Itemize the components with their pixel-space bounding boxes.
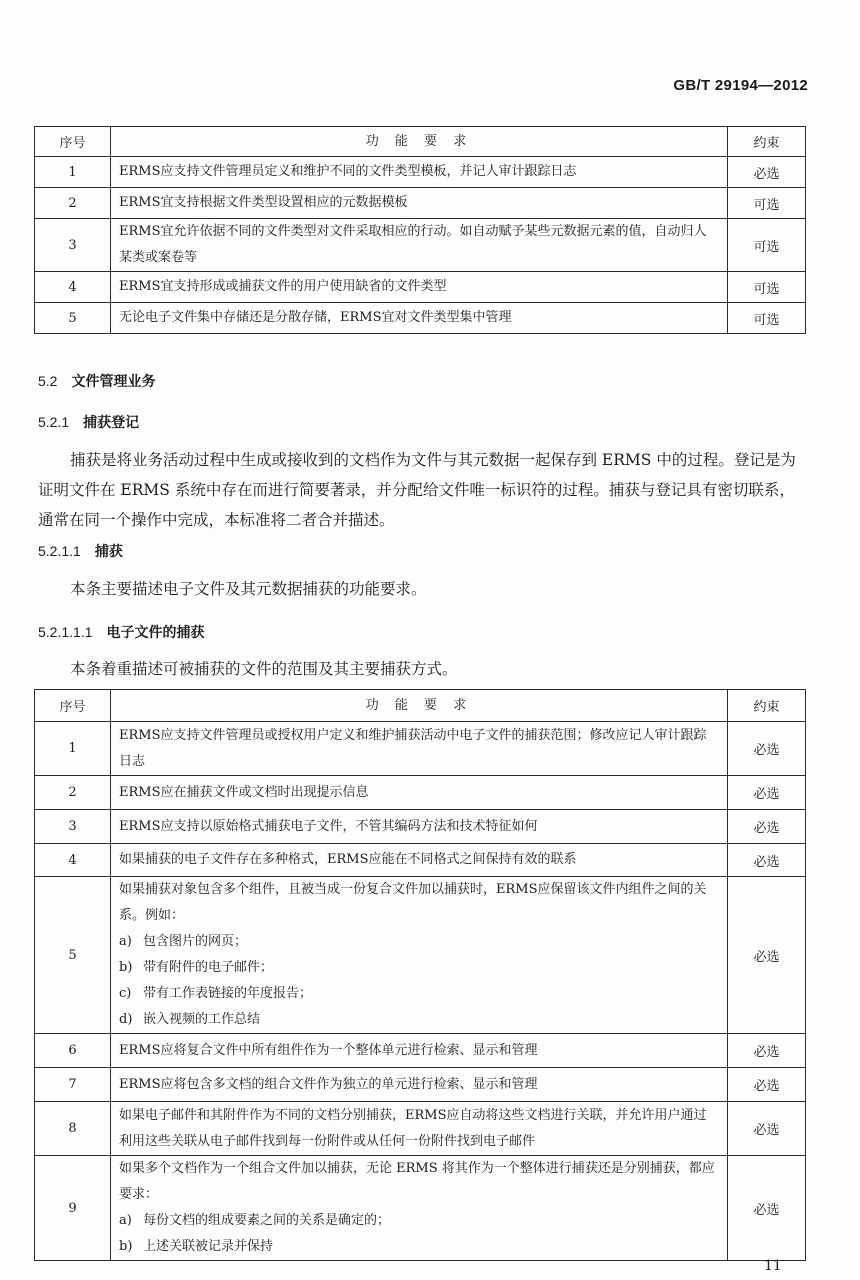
row-number: 2 <box>35 188 111 219</box>
list-item: a)包含图片的网页； <box>119 929 719 955</box>
requirement-text: 如果多个文档作为一个组合文件加以捕获，无论 ERMS 将其作为一个整体进行捕获还… <box>119 1161 715 1202</box>
row-number: 8 <box>35 1102 111 1156</box>
row-constraint: 必选 <box>728 157 806 188</box>
list-text: 上述关联被记录并保持 <box>143 1239 273 1254</box>
row-requirement: 如果捕获的电子文件存在多种格式，ERMS应能在不同格式之间保持有效的联系 <box>111 844 728 877</box>
list-label: b) <box>119 1234 143 1260</box>
section-number: 5.2 <box>38 373 57 389</box>
table-row: 4 如果捕获的电子文件存在多种格式，ERMS应能在不同格式之间保持有效的联系 必… <box>35 844 806 877</box>
row-requirement: ERMS应支持文件管理员定义和维护不同的文件类型模板，并记人审计跟踪日志 <box>111 157 728 188</box>
row-requirement: ERMS应将复合文件中所有组件作为一个整体单元进行检索、显示和管理 <box>111 1034 728 1068</box>
row-number: 9 <box>35 1156 111 1261</box>
list-text: 嵌入视频的工作总结 <box>143 1012 260 1027</box>
row-requirement: ERMS应支持以原始格式捕获电子文件，不管其编码方法和技术特征如何 <box>111 810 728 844</box>
list-label: d) <box>119 1007 143 1033</box>
section-title: 捕获登记 <box>83 415 139 431</box>
row-number: 5 <box>35 877 111 1034</box>
row-requirement: 无论电子文件集中存储还是分散存储，ERMS宜对文件类型集中管理 <box>111 303 728 334</box>
row-constraint: 必选 <box>728 1102 806 1156</box>
list-label: b) <box>119 955 143 981</box>
column-header-constraint: 约束 <box>728 690 806 722</box>
row-number: 5 <box>35 303 111 334</box>
section-title: 捕获 <box>95 544 123 560</box>
paragraph-capture-intro: 本条主要描述电子文件及其元数据捕获的功能要求。 <box>38 574 808 604</box>
row-constraint: 必选 <box>728 1156 806 1261</box>
row-requirement: 如果多个文档作为一个组合文件加以捕获，无论 ERMS 将其作为一个整体进行捕获还… <box>111 1156 728 1261</box>
row-requirement: 如果捕获对象包含多个组件，且被当成一份复合文件加以捕获时，ERMS应保留该文件内… <box>111 877 728 1034</box>
row-constraint: 必选 <box>728 776 806 810</box>
list-text: 每份文档的组成要素之间的关系是确定的； <box>143 1213 390 1228</box>
section-title: 文件管理业务 <box>71 374 155 390</box>
row-constraint: 必选 <box>728 1068 806 1102</box>
row-constraint: 可选 <box>728 219 806 272</box>
row-number: 7 <box>35 1068 111 1102</box>
paragraph-electronic-capture-intro: 本条着重描述可被捕获的文件的范围及其主要捕获方式。 <box>38 654 808 684</box>
row-constraint: 可选 <box>728 272 806 303</box>
row-number: 6 <box>35 1034 111 1068</box>
row-number: 3 <box>35 810 111 844</box>
table-row: 5 如果捕获对象包含多个组件，且被当成一份复合文件加以捕获时，ERMS应保留该文… <box>35 877 806 1034</box>
list-text: 包含图片的网页； <box>143 934 247 949</box>
list-text: 带有工作表链接的年度报告； <box>143 986 312 1001</box>
section-number: 5.2.1.1 <box>38 543 81 559</box>
row-requirement: ERMS应在捕获文件或文档时出现提示信息 <box>111 776 728 810</box>
section-heading-5-2-1-1: 5.2.1.1捕获 <box>38 541 123 561</box>
list-label: a) <box>119 1208 143 1234</box>
page-number: 11 <box>764 1258 782 1274</box>
row-number: 3 <box>35 219 111 272</box>
list-item: b)上述关联被记录并保持 <box>119 1234 719 1260</box>
row-number: 4 <box>35 272 111 303</box>
list-item: c)带有工作表链接的年度报告； <box>119 981 719 1007</box>
row-constraint: 必选 <box>728 722 806 776</box>
requirement-text: 如果捕获对象包含多个组件，且被当成一份复合文件加以捕获时，ERMS应保留该文件内… <box>119 882 707 923</box>
table-row: 4 ERMS宜支持形成或捕获文件的用户使用缺省的文件类型 可选 <box>35 272 806 303</box>
requirements-table-electronic-capture: 序号 功 能 要 求 约束 1 ERMS应支持文件管理员或授权用户定义和维护捕获… <box>34 689 806 1261</box>
row-requirement: 如果电子邮件和其附件作为不同的文档分别捕获，ERMS应自动将这些文档进行关联，并… <box>111 1102 728 1156</box>
row-number: 2 <box>35 776 111 810</box>
row-number: 4 <box>35 844 111 877</box>
table-row: 7 ERMS应将包含多文档的组合文件作为独立的单元进行检索、显示和管理 必选 <box>35 1068 806 1102</box>
column-header-no: 序号 <box>35 127 111 157</box>
row-requirement: ERMS宜允许依据不同的文件类型对文件采取相应的行动。如自动赋予某些元数据元素的… <box>111 219 728 272</box>
row-constraint: 必选 <box>728 877 806 1034</box>
section-number: 5.2.1 <box>38 414 69 430</box>
table-row: 3 ERMS宜允许依据不同的文件类型对文件采取相应的行动。如自动赋予某些元数据元… <box>35 219 806 272</box>
table-row: 5 无论电子文件集中存储还是分散存储，ERMS宜对文件类型集中管理 可选 <box>35 303 806 334</box>
row-number: 1 <box>35 157 111 188</box>
table-header-row: 序号 功 能 要 求 约束 <box>35 127 806 157</box>
row-number: 1 <box>35 722 111 776</box>
list-label: c) <box>119 981 143 1007</box>
table-row: 8 如果电子邮件和其附件作为不同的文档分别捕获，ERMS应自动将这些文档进行关联… <box>35 1102 806 1156</box>
table-row: 6 ERMS应将复合文件中所有组件作为一个整体单元进行检索、显示和管理 必选 <box>35 1034 806 1068</box>
table-row: 9 如果多个文档作为一个组合文件加以捕获，无论 ERMS 将其作为一个整体进行捕… <box>35 1156 806 1261</box>
column-header-no: 序号 <box>35 690 111 722</box>
standard-code: GB/T 29194—2012 <box>673 77 808 94</box>
table-row: 1 ERMS应支持文件管理员或授权用户定义和维护捕获活动中电子文件的捕获范围；修… <box>35 722 806 776</box>
section-heading-5-2-1-1-1: 5.2.1.1.1电子文件的捕获 <box>38 622 205 642</box>
table-row: 1 ERMS应支持文件管理员定义和维护不同的文件类型模板，并记人审计跟踪日志 必… <box>35 157 806 188</box>
row-constraint: 必选 <box>728 844 806 877</box>
requirements-table-file-types: 序号 功 能 要 求 约束 1 ERMS应支持文件管理员定义和维护不同的文件类型… <box>34 126 806 334</box>
row-requirement: ERMS应将包含多文档的组合文件作为独立的单元进行检索、显示和管理 <box>111 1068 728 1102</box>
list-item: a)每份文档的组成要素之间的关系是确定的； <box>119 1208 719 1234</box>
section-number: 5.2.1.1.1 <box>38 624 93 640</box>
section-heading-5-2-1: 5.2.1捕获登记 <box>38 412 139 432</box>
list-item: d)嵌入视频的工作总结 <box>119 1007 719 1033</box>
row-requirement: ERMS应支持文件管理员或授权用户定义和维护捕获活动中电子文件的捕获范围；修改应… <box>111 722 728 776</box>
row-requirement: ERMS宜支持根据文件类型设置相应的元数据模板 <box>111 188 728 219</box>
column-header-requirement: 功 能 要 求 <box>111 690 728 722</box>
table-header-row: 序号 功 能 要 求 约束 <box>35 690 806 722</box>
row-constraint: 可选 <box>728 188 806 219</box>
row-requirement: ERMS宜支持形成或捕获文件的用户使用缺省的文件类型 <box>111 272 728 303</box>
list-text: 带有附件的电子邮件； <box>143 960 273 975</box>
row-constraint: 必选 <box>728 810 806 844</box>
paragraph-capture-registration: 捕获是将业务活动过程中生成或接收到的文档作为文件与其元数据一起保存到 ERMS … <box>38 445 808 535</box>
list-label: a) <box>119 929 143 955</box>
section-heading-5-2: 5.2文件管理业务 <box>38 371 155 391</box>
row-constraint: 必选 <box>728 1034 806 1068</box>
column-header-constraint: 约束 <box>728 127 806 157</box>
column-header-requirement: 功 能 要 求 <box>111 127 728 157</box>
table-row: 2 ERMS应在捕获文件或文档时出现提示信息 必选 <box>35 776 806 810</box>
section-title: 电子文件的捕获 <box>107 625 205 641</box>
list-item: b)带有附件的电子邮件； <box>119 955 719 981</box>
table-row: 2 ERMS宜支持根据文件类型设置相应的元数据模板 可选 <box>35 188 806 219</box>
row-constraint: 可选 <box>728 303 806 334</box>
table-row: 3 ERMS应支持以原始格式捕获电子文件，不管其编码方法和技术特征如何 必选 <box>35 810 806 844</box>
